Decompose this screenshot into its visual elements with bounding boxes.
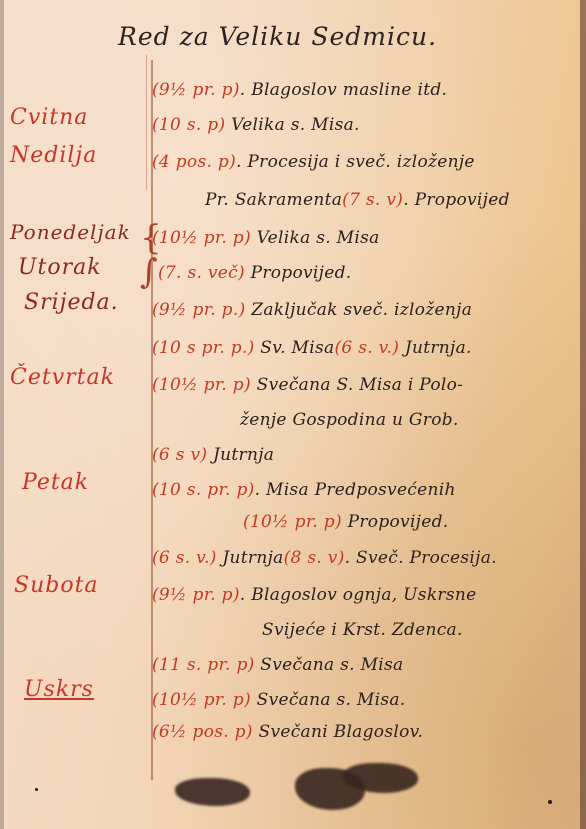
page-left-edge bbox=[0, 0, 4, 829]
schedule-line: ženje Gospodina u Grob. bbox=[240, 410, 459, 430]
schedule-line: (7. s. več) Propovijed. bbox=[158, 263, 352, 283]
schedule-line: (6 s v) Jutrnja bbox=[152, 445, 274, 465]
day-utorak: Utorak bbox=[18, 255, 102, 280]
schedule-line: (6 s. v.) Jutrnja(8 s. v). Svеč. Procesi… bbox=[152, 548, 497, 568]
schedule-line: (11 s. pr. p) Svečana s. Misa bbox=[152, 655, 403, 675]
day-petak: Petak bbox=[22, 470, 89, 495]
day-subota: Subota bbox=[14, 573, 99, 598]
schedule-line: (10 s. pr. p). Misa Predposvećenih bbox=[152, 480, 456, 500]
day-nedilja: Nedilja bbox=[10, 143, 97, 168]
schedule-line: (10½ pr. p) Svečana S. Misa i Polo- bbox=[152, 375, 463, 395]
schedule-line: Pr. Sakramenta(7 s. v). Propovijed bbox=[205, 190, 510, 210]
day-cetvrtak: Četvrtak bbox=[10, 365, 115, 390]
margin-rule-red bbox=[146, 55, 147, 190]
schedule-line: (10 s pr. p.) Sv. Misa(6 s. v.) Jutrnja. bbox=[152, 338, 472, 358]
schedule-line: (10½ pr. p) Propovijed. bbox=[243, 512, 449, 532]
ink-dot bbox=[35, 788, 38, 791]
schedule-line: (10½ pr. p) Svečana s. Misa. bbox=[152, 690, 406, 710]
day-ponedeljak: Ponedeljak bbox=[10, 220, 131, 244]
schedule-line: (9½ pr. p.) Zaključak svеč. izloženja bbox=[152, 300, 472, 320]
day-cvitna: Cvitna bbox=[10, 105, 88, 130]
day-uskrs: Uskrs bbox=[24, 677, 94, 702]
schedule-line: (10 s. p) Velika s. Misa. bbox=[152, 115, 360, 135]
schedule-line: (4 pos. p). Procesija i svеč. izloženje bbox=[152, 152, 475, 172]
schedule-line: Svijeće i Krst. Zdenca. bbox=[262, 620, 463, 640]
handwritten-page: Red za Veliku Sedmicu. Cvitna Nedilja Po… bbox=[0, 0, 586, 829]
page-right-edge bbox=[580, 0, 586, 829]
ink-dot bbox=[548, 800, 552, 804]
ink-scribble bbox=[175, 778, 250, 806]
page-title: Red za Veliku Sedmicu. bbox=[118, 22, 437, 51]
schedule-line: (10½ pr. p) Velika s. Misa bbox=[152, 228, 380, 248]
schedule-line: (9½ pr. p). Blagoslov masline itd. bbox=[152, 80, 447, 100]
day-srijeda: Srijeda. bbox=[24, 290, 119, 315]
brace-mark: ∫ bbox=[140, 252, 158, 292]
schedule-line: (6½ pos. p) Svečani Blagoslov. bbox=[152, 722, 423, 742]
schedule-line: (9½ pr. p). Blagoslov ognja, Uskrsne bbox=[152, 585, 476, 605]
